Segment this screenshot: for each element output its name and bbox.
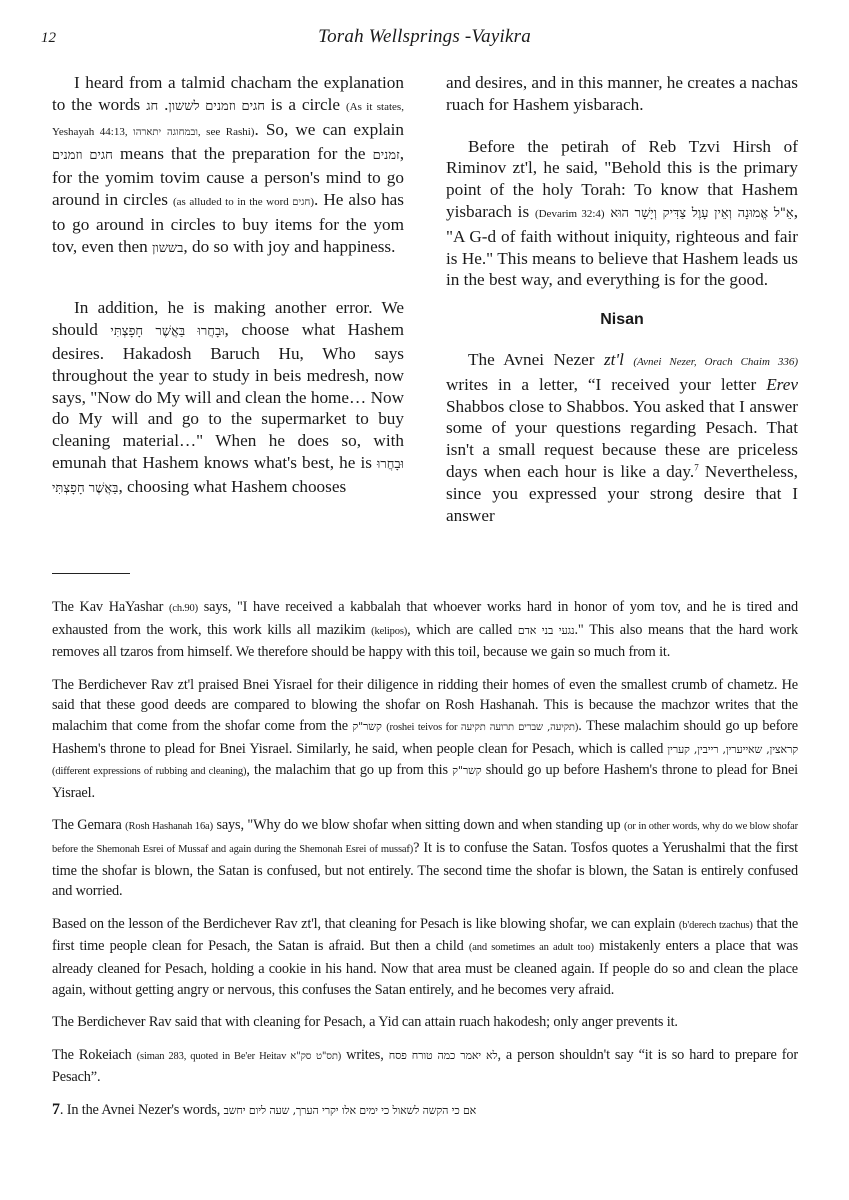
footnote-number: 7	[52, 1101, 60, 1118]
footnote-kav-hayashar: The Kav HaYashar (ch.90) says, "I have r…	[52, 597, 798, 663]
footnote-ruach-hakodesh: The Berdichever Rav said that with clean…	[52, 1012, 798, 1033]
footnote-berdichever-shofar: The Berdichever Rav zt'l praised Bnei Yi…	[52, 675, 798, 804]
section-heading-nisan: Nisan	[446, 309, 798, 331]
footnote-separator	[52, 573, 130, 574]
footnote-rokeiach: The Rokeiach (siman 283, quoted in Be'er…	[52, 1045, 798, 1088]
left-column: I heard from a talmid chacham the explan…	[52, 72, 404, 500]
footnote-based-on-lesson: Based on the lesson of the Berdichever R…	[52, 914, 798, 1000]
paragraph-talmid-chacham: I heard from a talmid chacham the explan…	[52, 72, 404, 259]
running-title: Torah Wellsprings -Vayikra	[0, 26, 849, 48]
paragraph-riminov: Before the petirah of Reb Tzvi Hirsh of …	[446, 136, 798, 292]
paragraph-continuation: and desires, and in this manner, he crea…	[446, 72, 798, 116]
footnote-gemara: The Gemara (Rosh Hashanah 16a) says, "Wh…	[52, 815, 798, 901]
right-column: and desires, and in this manner, he crea…	[446, 72, 798, 526]
paragraph-avnei-nezer: The Avnei Nezer zt'l (Avnei Nezer, Orach…	[446, 349, 798, 526]
footnotes: The Kav HaYashar (ch.90) says, "I have r…	[52, 597, 798, 1133]
footnote-7: 7. In the Avnei Nezer's words, אם כי הקש…	[52, 1100, 798, 1122]
paragraph-another-error: In addition, he is making another error.…	[52, 297, 404, 499]
